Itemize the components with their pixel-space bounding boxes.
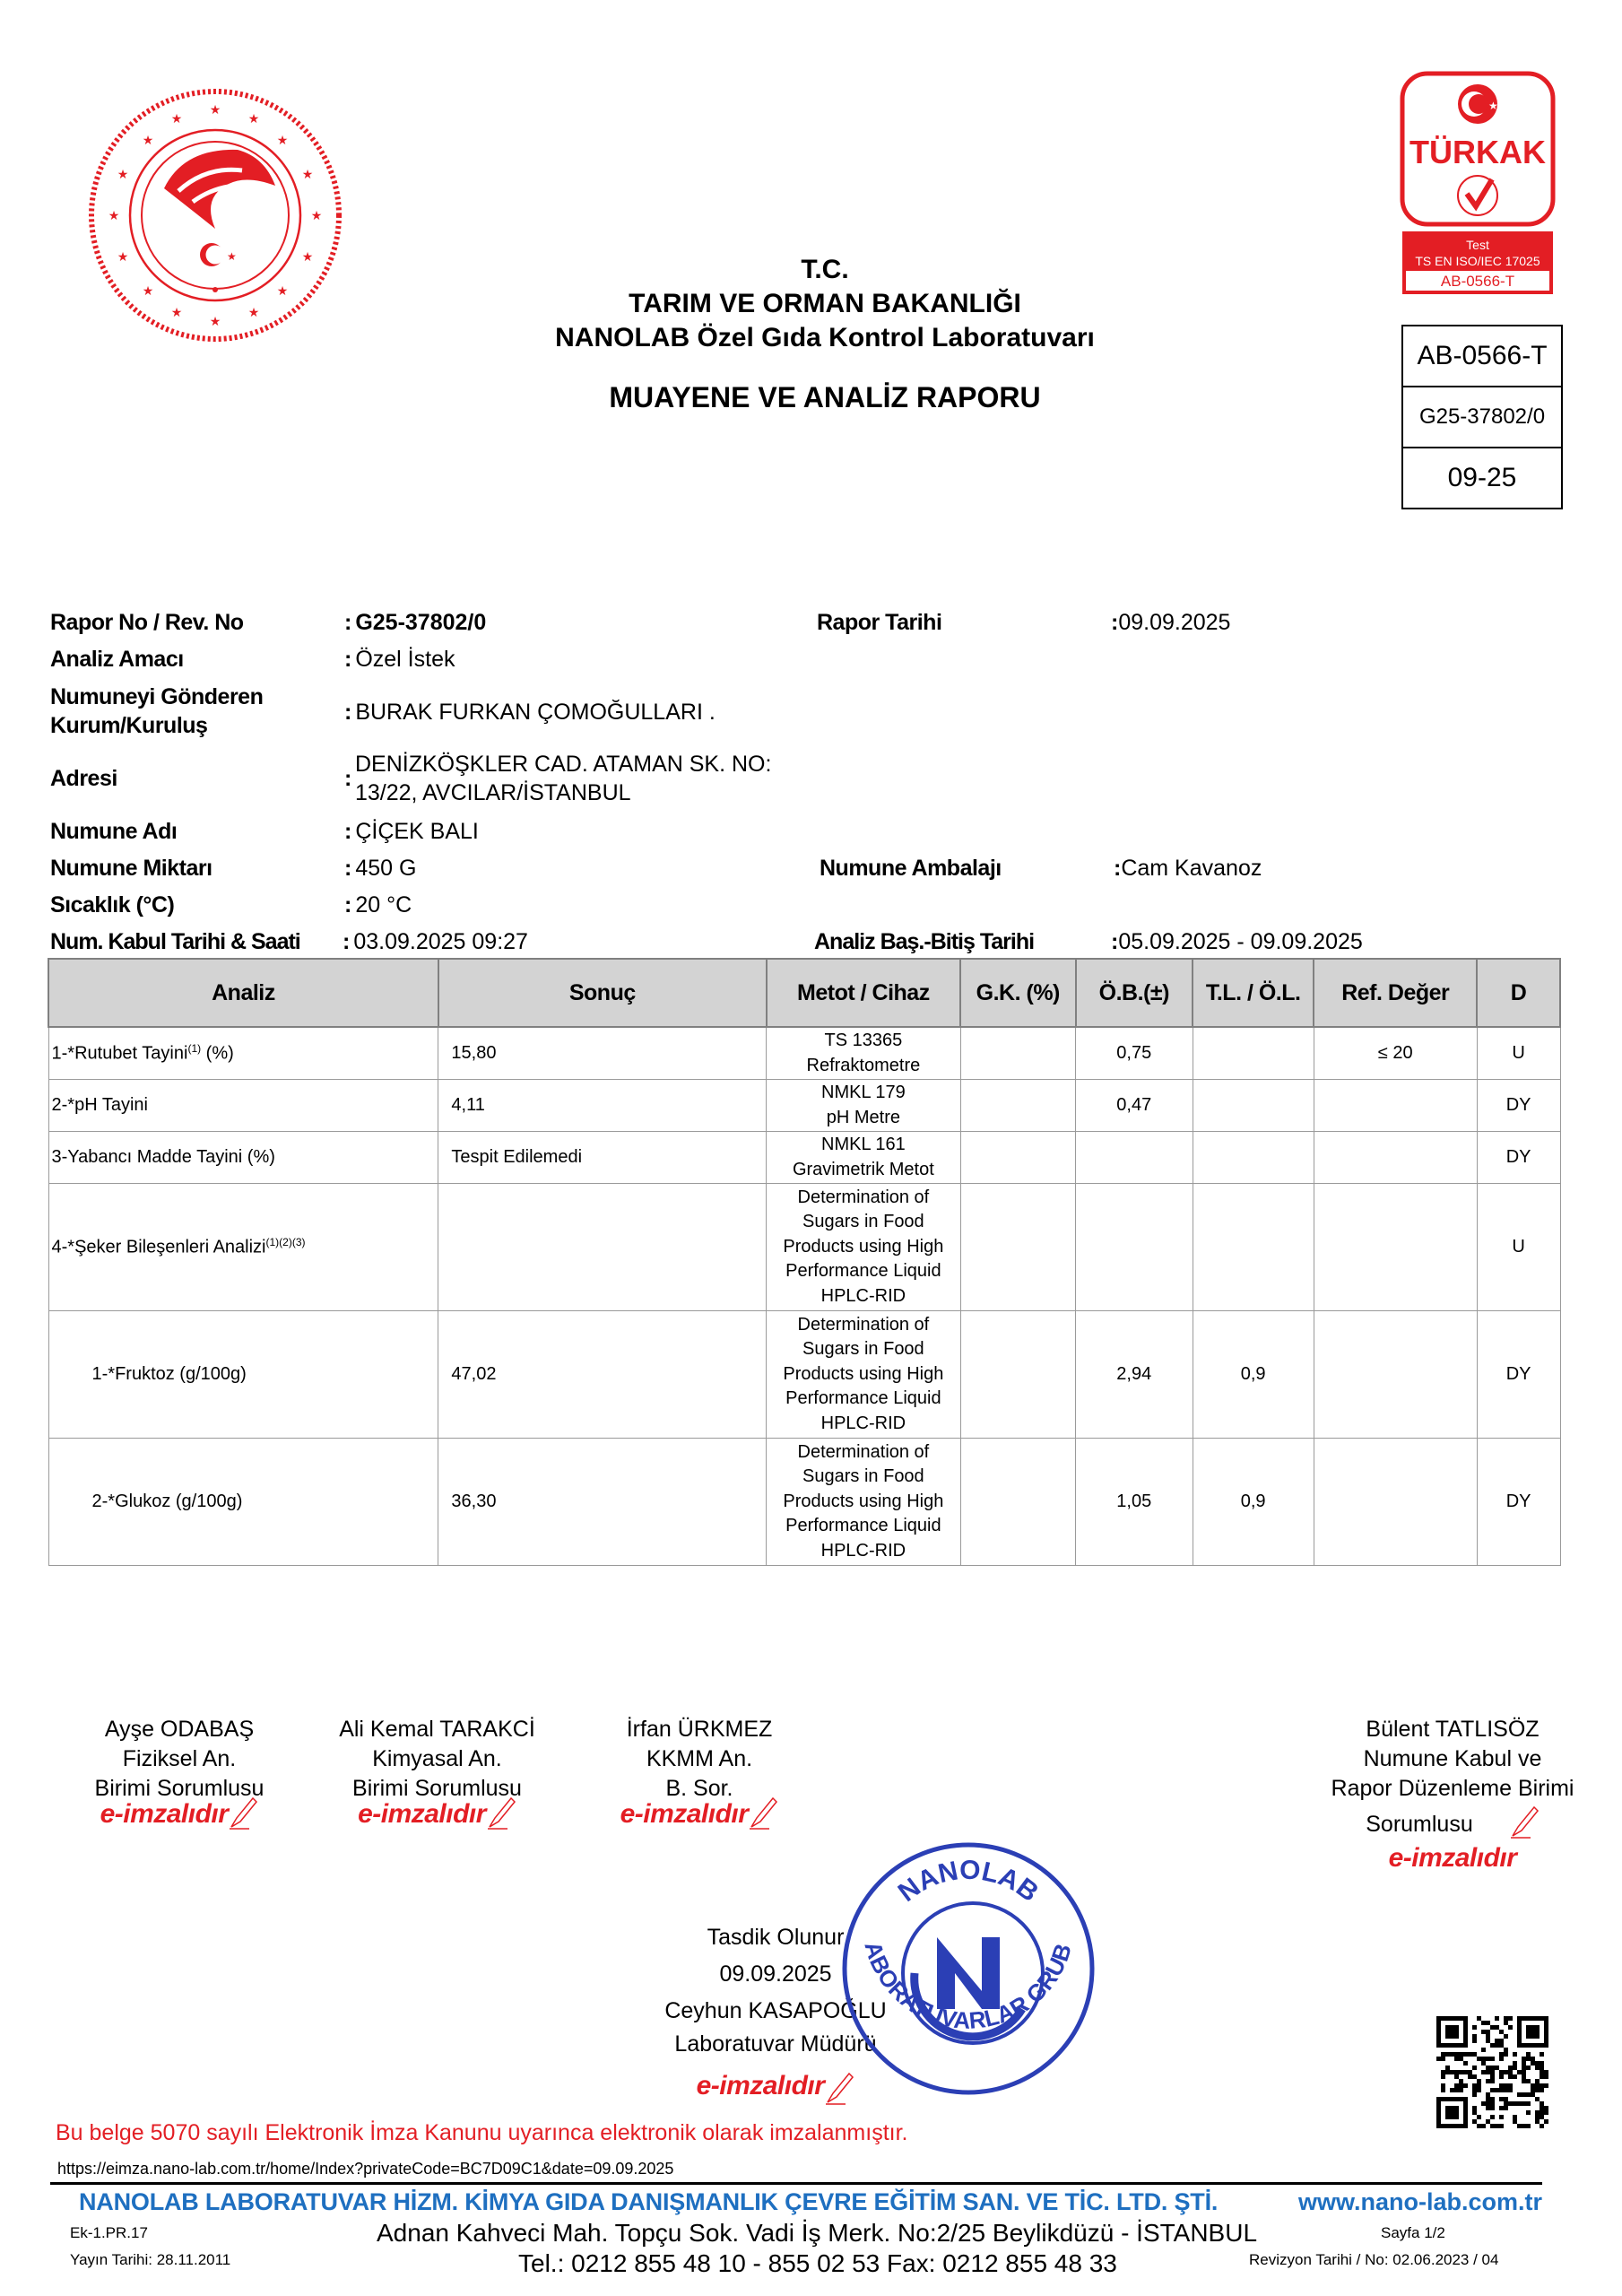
e-signed-label: e-imzalıdır [697, 2071, 825, 2100]
cell-ob: 1,05 [1076, 1439, 1193, 1566]
svg-text:★: ★ [210, 102, 221, 117]
cell-ref [1314, 1132, 1477, 1184]
svg-text:NANOLAB: NANOLAB [893, 1856, 1044, 1908]
svg-text:★: ★ [227, 250, 237, 263]
pen-icon [748, 1795, 778, 1831]
cell-ref: ≤ 20 [1314, 1027, 1477, 1080]
report-code: G25-37802/0 [1403, 387, 1561, 448]
cell-d: U [1477, 1184, 1560, 1311]
cell-ref [1314, 1311, 1477, 1439]
signature-odabas: Ayşe ODABAŞ Fiziksel An. Birimi Sorumlus… [67, 1715, 291, 1831]
header-tc: T.C. [412, 253, 1237, 287]
svg-text:★: ★ [143, 283, 154, 298]
analysis-name: 4-*Şeker Bileşenleri Analizi(1)(2)(3) [48, 1184, 438, 1311]
cell-d: DY [1477, 1439, 1560, 1566]
cell-gk [960, 1311, 1076, 1439]
svg-text:TÜRKAK: TÜRKAK [1409, 134, 1546, 170]
cell-sonuc: 36,30 [438, 1439, 767, 1566]
company-name: NANOLAB LABORATUVAR HİZM. KİMYA GIDA DAN… [79, 2188, 1218, 2216]
accreditation-code: AB-0566-T [1403, 326, 1561, 387]
pen-icon [486, 1795, 516, 1831]
cell-tl [1193, 1080, 1314, 1132]
cell-ref [1314, 1184, 1477, 1311]
e-signed-label: e-imzalıdır [620, 1799, 749, 1829]
svg-text:★: ★ [277, 133, 289, 147]
method-cell: Determination ofSugars in FoodProducts u… [767, 1439, 960, 1566]
cell-gk [960, 1027, 1076, 1080]
table-row: 1-*Rutubet Tayini(1) (%)15,80TS 13365Ref… [48, 1027, 1560, 1080]
svg-text:★: ★ [143, 133, 154, 147]
svg-text:★: ★ [210, 314, 221, 328]
cell-sonuc: Tespit Edilemedi [438, 1132, 767, 1184]
svg-text:★: ★ [108, 208, 120, 222]
pen-icon [228, 1795, 258, 1831]
method-cell: TS 13365Refraktometre [767, 1027, 960, 1080]
company-phone: Tel.: 0212 855 48 10 - 855 02 53 Fax: 02… [518, 2249, 1117, 2278]
analysis-name: 2-*Glukoz (g/100g) [48, 1439, 438, 1566]
company-website-link[interactable]: www.nano-lab.com.tr [1298, 2188, 1542, 2216]
signature-urkmez: İrfan ÜRKMEZ KKMM An. B. Sor. e-imzalıdı… [592, 1715, 807, 1831]
cell-d: DY [1477, 1311, 1560, 1439]
ministry-seal-logo: ★ ★ ★ ★ ★ ★ ★ ★ ★ ★ ★ ★ ★ ★ ★ ★ ★ [85, 85, 345, 345]
cell-sonuc [438, 1184, 767, 1311]
svg-text:★: ★ [171, 305, 183, 319]
cell-tl [1193, 1027, 1314, 1080]
cell-sonuc: 4,11 [438, 1080, 767, 1132]
page-number: Sayfa 1/2 [1381, 2224, 1445, 2242]
signature-tarakci: Ali Kemal TARAKCİ Kimyasal An. Birimi So… [318, 1715, 556, 1831]
cell-ob: 0,47 [1076, 1080, 1193, 1132]
cell-gk [960, 1439, 1076, 1566]
revision-info: Revizyon Tarihi / No: 02.06.2023 / 04 [1249, 2251, 1498, 2269]
svg-text:★: ★ [277, 283, 289, 298]
report-date: 09.09.2025 [1118, 610, 1230, 635]
report-period: 09-25 [1403, 448, 1561, 508]
table-header-row: Analiz Sonuç Metot / Cihaz G.K. (%) Ö.B.… [48, 959, 1560, 1027]
svg-text:AB-0566-T: AB-0566-T [1441, 273, 1514, 290]
svg-text:★: ★ [117, 249, 129, 264]
verification-link[interactable]: https://eimza.nano-lab.com.tr/home/Index… [57, 2160, 673, 2179]
cell-ob: 2,94 [1076, 1311, 1193, 1439]
report-title: MUAYENE VE ANALİZ RAPORU [412, 380, 1237, 414]
cell-ref [1314, 1439, 1477, 1566]
reference-code-box: AB-0566-T G25-37802/0 09-25 [1401, 325, 1563, 509]
document-header: T.C. TARIM VE ORMAN BAKANLIĞI NANOLAB Öz… [412, 253, 1237, 414]
e-signature-notice: Bu belge 5070 sayılı Elektronik İmza Kan… [56, 2120, 907, 2146]
e-signed-label: e-imzalıdır [100, 1799, 229, 1829]
cell-sonuc: 15,80 [438, 1027, 767, 1080]
table-row: 3-Yabancı Madde Tayini (%)Tespit Edileme… [48, 1132, 1560, 1184]
cell-ob [1076, 1184, 1193, 1311]
footer-divider [50, 2182, 1542, 2185]
svg-text:★: ★ [248, 305, 260, 319]
e-signed-label: e-imzalıdır [358, 1799, 486, 1829]
cell-ref [1314, 1080, 1477, 1132]
method-cell: NMKL 179pH Metre [767, 1080, 960, 1132]
svg-text:★: ★ [171, 111, 183, 126]
table-row: 2-*Glukoz (g/100g)36,30Determination ofS… [48, 1439, 1560, 1566]
cell-tl [1193, 1132, 1314, 1184]
publish-date: Yayın Tarihi: 28.11.2011 [70, 2251, 230, 2269]
table-row: 4-*Şeker Bileşenleri Analizi(1)(2)(3)Det… [48, 1184, 1560, 1311]
document-code: Ek-1.PR.17 [70, 2224, 148, 2242]
cell-gk [960, 1080, 1076, 1132]
svg-text:★: ★ [117, 167, 129, 181]
method-cell: NMKL 161Gravimetrik Metot [767, 1132, 960, 1184]
svg-text:★: ★ [1488, 100, 1498, 112]
pen-icon [1509, 1804, 1540, 1839]
e-signed-label: e-imzalıdır [1389, 1843, 1517, 1873]
company-address: Adnan Kahveci Mah. Topçu Sok. Vadi İş Me… [377, 2219, 1257, 2248]
method-cell: Determination ofSugars in FoodProducts u… [767, 1311, 960, 1439]
cell-ob: 0,75 [1076, 1027, 1193, 1080]
svg-text:TS EN ISO/IEC 17025: TS EN ISO/IEC 17025 [1415, 254, 1540, 268]
analysis-results-table: Analiz Sonuç Metot / Cihaz G.K. (%) Ö.B.… [48, 958, 1561, 1566]
cell-gk [960, 1132, 1076, 1184]
cell-tl: 0,9 [1193, 1311, 1314, 1439]
svg-text:★: ★ [248, 111, 260, 126]
analysis-name: 1-*Fruktoz (g/100g) [48, 1311, 438, 1439]
svg-text:★: ★ [302, 167, 314, 181]
analysis-name: 2-*pH Tayini [48, 1080, 438, 1132]
cell-ob [1076, 1132, 1193, 1184]
turkak-accreditation-logo: ★ TÜRKAK Test TS EN ISO/IEC 17025 AB-056… [1399, 70, 1560, 301]
cell-gk [960, 1184, 1076, 1311]
analysis-name: 1-*Rutubet Tayini(1) (%) [48, 1027, 438, 1080]
method-cell: Determination ofSugars in FoodProducts u… [767, 1184, 960, 1311]
cell-tl [1193, 1184, 1314, 1311]
svg-text:Test: Test [1466, 238, 1489, 252]
nanolab-stamp: NANOLAB LABORATUVARLAR GRUBU [838, 1839, 1098, 2099]
cell-d: DY [1477, 1132, 1560, 1184]
report-number: G25-37802/0 [355, 610, 486, 635]
header-lab-name: NANOLAB Özel Gıda Kontrol Laboratuvarı [412, 321, 1237, 355]
header-ministry: TARIM VE ORMAN BAKANLIĞI [412, 287, 1237, 321]
cell-d: DY [1477, 1080, 1560, 1132]
table-row: 1-*Fruktoz (g/100g)47,02Determination of… [48, 1311, 1560, 1439]
signature-tatlisoz: Bülent TATLISÖZ Numune Kabul ve Rapor Dü… [1318, 1715, 1587, 1874]
svg-text:★: ★ [302, 249, 314, 264]
cell-d: U [1477, 1027, 1560, 1080]
cell-sonuc: 47,02 [438, 1311, 767, 1439]
verification-qr-code[interactable] [1436, 2016, 1548, 2128]
cell-tl: 0,9 [1193, 1439, 1314, 1566]
svg-text:★: ★ [311, 208, 323, 222]
analysis-name: 3-Yabancı Madde Tayini (%) [48, 1132, 438, 1184]
table-row: 2-*pH Tayini4,11NMKL 179pH Metre0,47DY [48, 1080, 1560, 1132]
